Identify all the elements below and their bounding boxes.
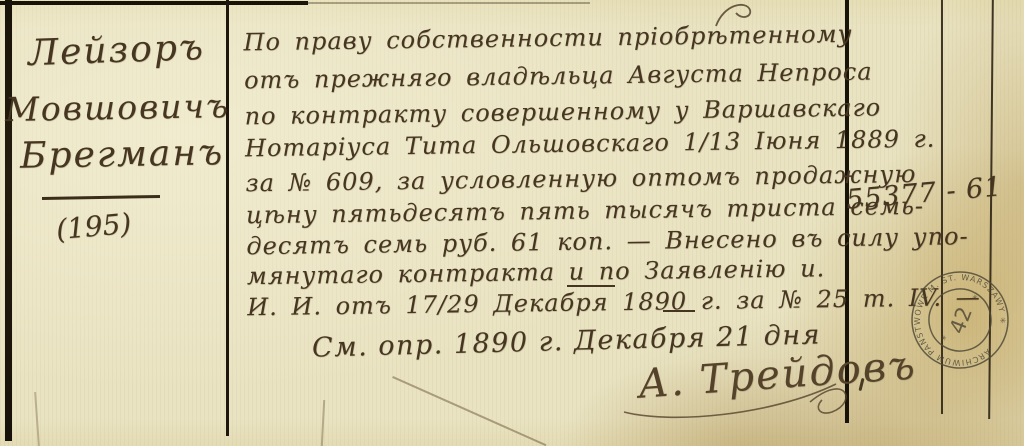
text-line: мянутаго контракта и по Заявленію и. (247, 254, 826, 290)
paper-crease (34, 392, 39, 446)
paper-crease (392, 376, 546, 446)
left-border-line (5, 0, 12, 441)
name-underline-stroke (42, 195, 160, 200)
owner-surname: Брегманъ (20, 132, 225, 177)
paper-crease (321, 400, 325, 446)
text-line: за № 609, за условленную оптомъ продажну… (245, 160, 916, 197)
top-rule-line (0, 1, 308, 5)
column-separator-line (226, 0, 229, 436)
top-rule-line-faint (300, 2, 590, 4)
owner-first-name: Лейзоръ (27, 27, 205, 74)
text-line: Нотаріуса Тита Ольшовскаго 1/13 Іюня 188… (245, 125, 936, 163)
owner-patronymic: Мовшовичъ (5, 86, 231, 129)
text-line: И. И. отъ 17/29 Декабря 1890 г. за № 25 … (247, 283, 981, 321)
stamp-center-number: 42 (945, 304, 977, 338)
text-line: десятъ семь руб. 61 коп. — Внесено въ си… (246, 222, 969, 260)
volume-underline-stroke (663, 310, 695, 312)
stamp-star-icon: ✳ (940, 334, 948, 343)
word-underline-stroke (567, 285, 615, 287)
pen-curl-flourish (712, 0, 776, 30)
scanned-register-page: Лейзоръ Мовшовичъ Брегманъ (195) По прав… (0, 0, 1024, 446)
entry-number: (195) (55, 207, 133, 246)
text-line: по контракту совершенному у Варшавскаго (244, 93, 881, 130)
text-line: отъ прежняго владѣльца Августа Непроса (244, 58, 873, 95)
